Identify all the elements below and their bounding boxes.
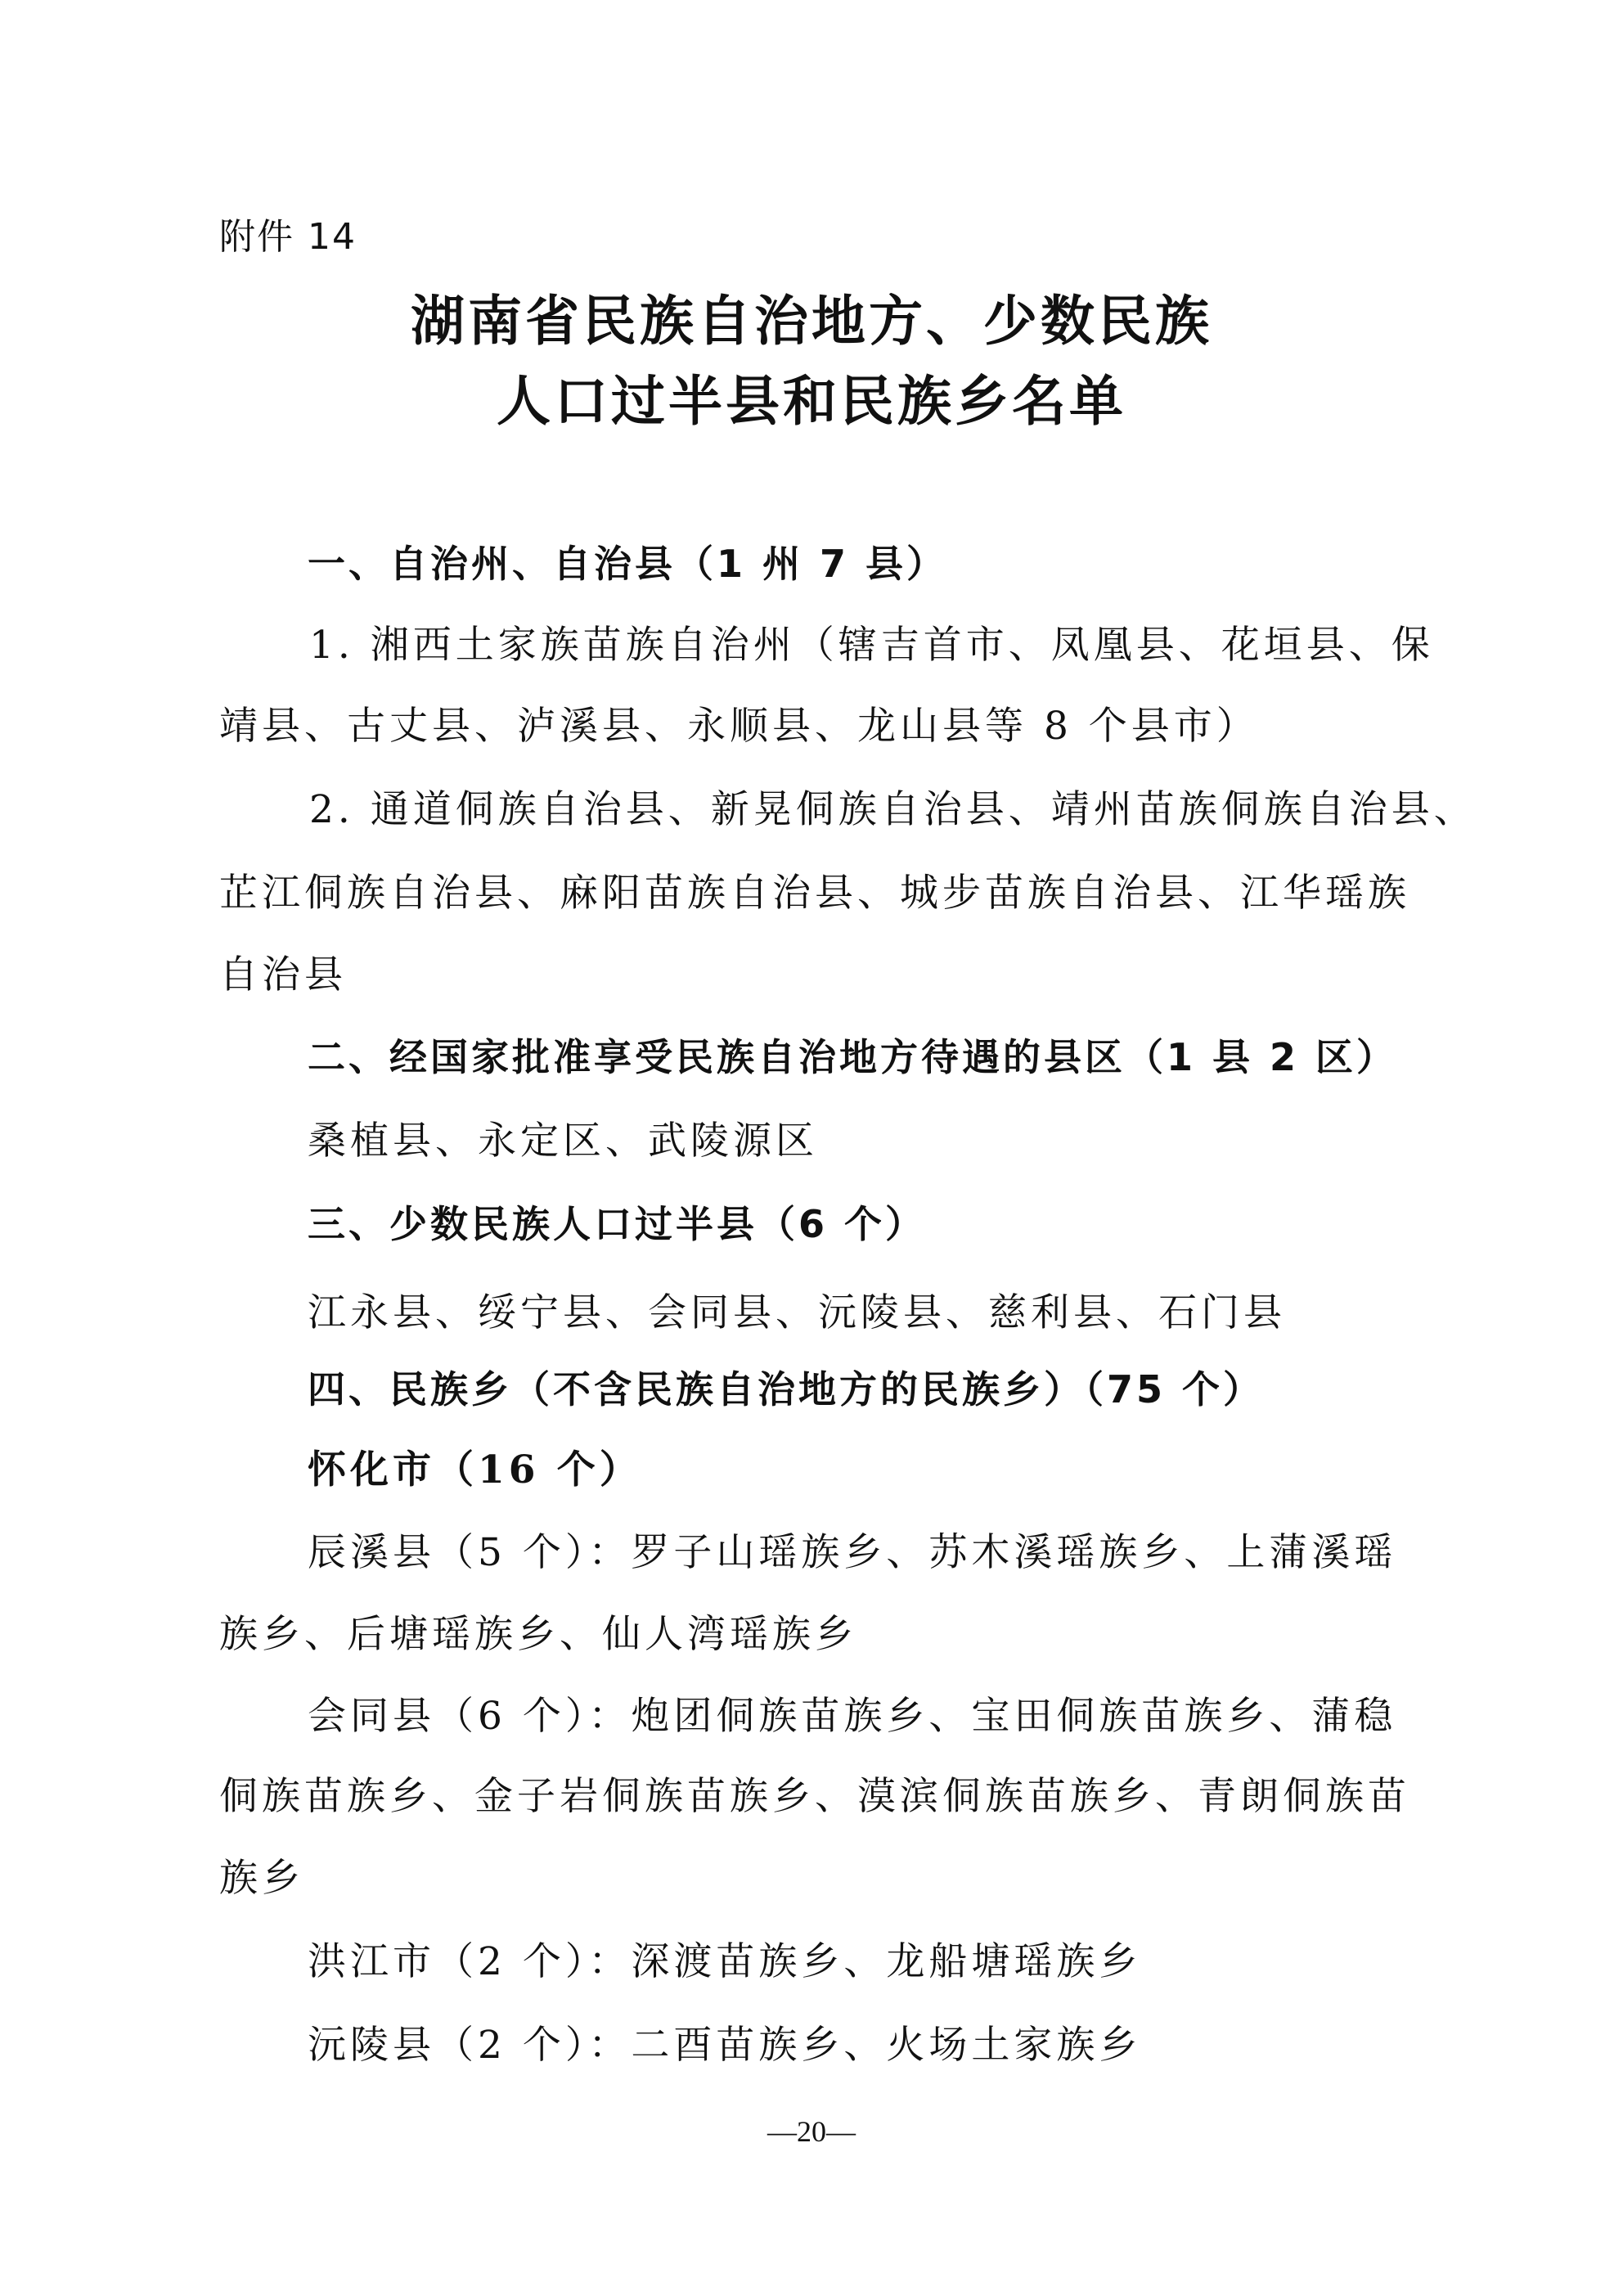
section-1-line-5: 自治县	[219, 951, 347, 1000]
section-heading-1: 一、自治州、自治县（1 州 7 县）	[308, 539, 947, 588]
city-subheading-huaihua: 怀化市（16 个）	[308, 1446, 642, 1495]
section-2-line-1: 桑植县、永定区、武陵源区	[308, 1117, 818, 1166]
section-heading-3: 三、少数民族人口过半县（6 个）	[308, 1200, 926, 1249]
county-chenxi-line-2: 族乡、后塘瑶族乡、仙人湾瑶族乡	[219, 1610, 857, 1659]
county-chenxi-line-1: 辰溪县（5 个）：罗子山瑶族乡、苏木溪瑶族乡、上蒲溪瑶	[308, 1528, 1396, 1578]
county-yuanling-line: 沅陵县（2 个）：二酉苗族乡、火场土家族乡	[308, 2021, 1141, 2070]
document-title-line-1: 湖南省民族自治地方、少数民族	[0, 288, 1623, 353]
section-1-line-1: 1. 湘西土家族苗族自治州（辖吉首市、凤凰县、花垣县、保	[309, 621, 1434, 670]
page-number: —20—	[0, 2115, 1623, 2148]
county-hongjiang-line: 洪江市（2 个）：深渡苗族乡、龙船塘瑶族乡	[308, 1938, 1141, 1987]
section-heading-4: 四、民族乡（不含民族自治地方的民族乡）（75 个）	[308, 1365, 1264, 1414]
county-huitong-line-1: 会同县（6 个）：炮团侗族苗族乡、宝田侗族苗族乡、蒲稳	[308, 1692, 1396, 1741]
section-heading-2: 二、经国家批准享受民族自治地方待遇的县区（1 县 2 区）	[308, 1033, 1397, 1082]
document-page: 附件 14 湖南省民族自治地方、少数民族 人口过半县和民族乡名单 一、自治州、自…	[0, 0, 1623, 2296]
section-1-line-2: 靖县、古丈县、泸溪县、永顺县、龙山县等 8 个县市）	[219, 702, 1259, 751]
section-1-line-3: 2. 通道侗族自治县、新晃侗族自治县、靖州苗族侗族自治县、	[309, 786, 1477, 835]
county-huitong-line-2: 侗族苗族乡、金子岩侗族苗族乡、漠滨侗族苗族乡、青朗侗族苗	[219, 1772, 1410, 1821]
attachment-label: 附件 14	[219, 213, 357, 262]
county-huitong-line-3: 族乡	[219, 1854, 304, 1903]
section-3-line-1: 江永县、绥宁县、会同县、沅陵县、慈利县、石门县	[308, 1289, 1286, 1338]
document-title-line-2: 人口过半县和民族乡名单	[0, 368, 1623, 434]
section-1-line-4: 芷江侗族自治县、麻阳苗族自治县、城步苗族自治县、江华瑶族	[219, 869, 1410, 918]
